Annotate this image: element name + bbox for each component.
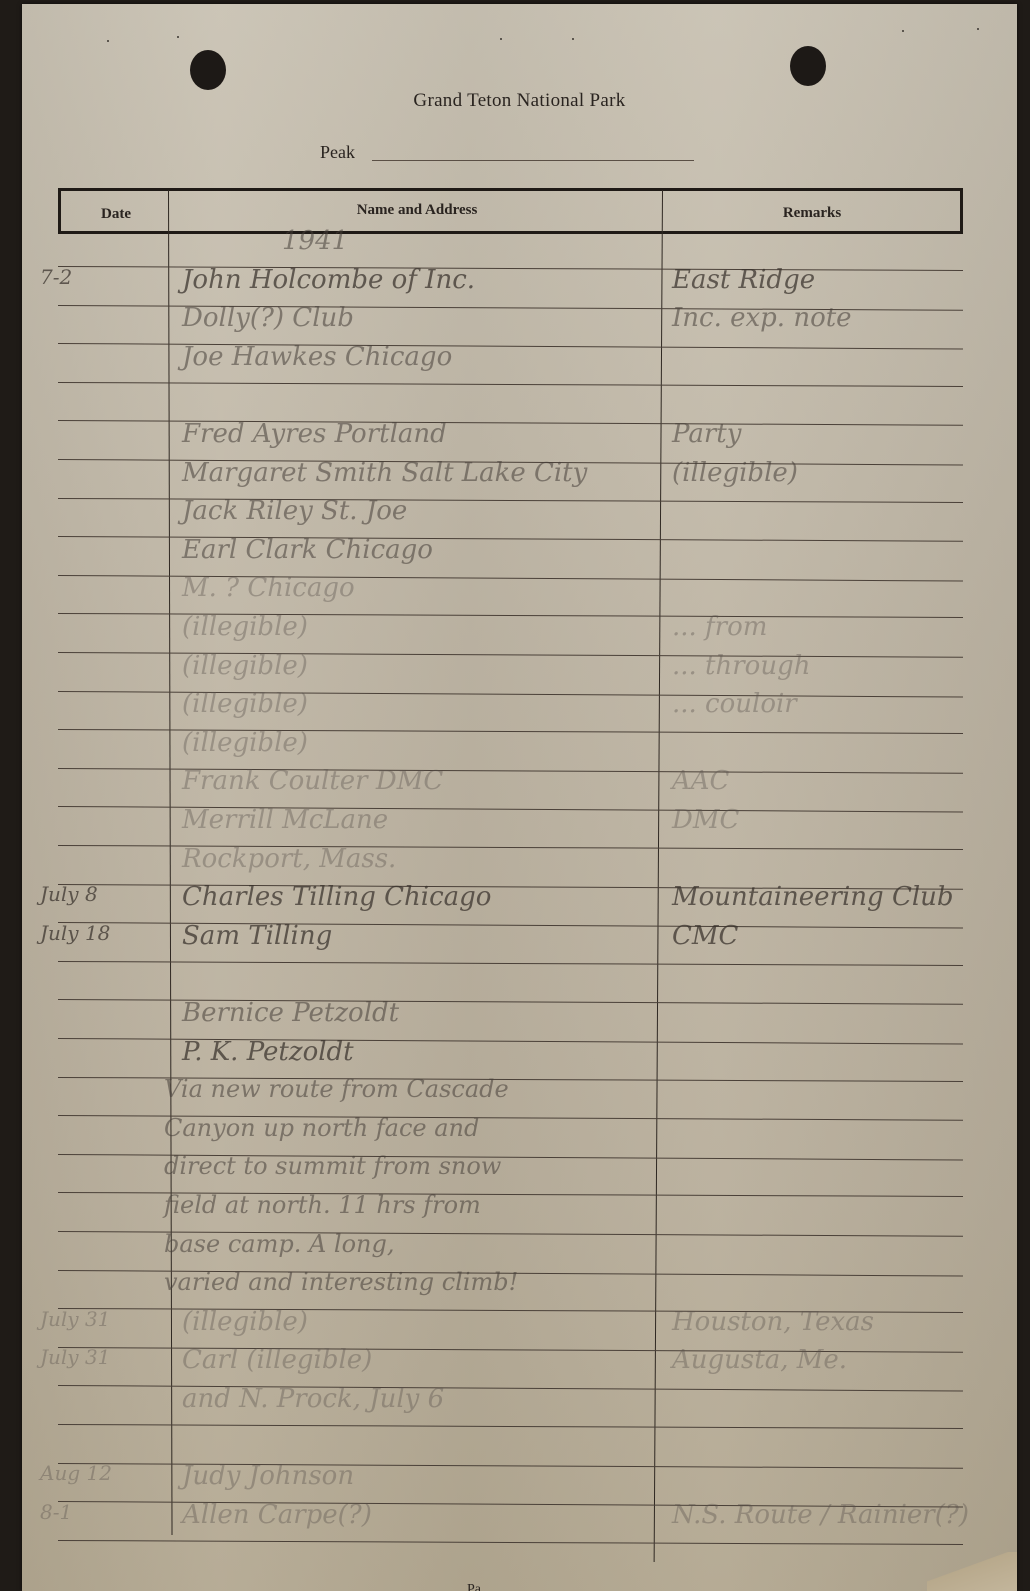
- entry-remarks: Augusta, Me.: [672, 1345, 847, 1375]
- ruled-line: [58, 382, 963, 387]
- entry-name: John Holcombe of Inc.: [182, 265, 475, 295]
- paper-speck: [177, 36, 179, 38]
- entry-date: 7-2: [40, 265, 72, 289]
- entry-name: Charles Tilling Chicago: [182, 882, 491, 912]
- entry-name: Rockport, Mass.: [182, 844, 396, 874]
- entry-name: Fred Ayres Portland: [182, 419, 447, 449]
- entry-remarks: ... from: [672, 612, 767, 642]
- entry-remarks: Houston, Texas: [672, 1307, 874, 1337]
- ruled-line: [58, 1540, 963, 1545]
- entry-name: direct to summit from snow: [164, 1152, 501, 1180]
- paper-speck: [500, 38, 502, 40]
- entry-remarks: Party: [672, 419, 741, 449]
- entry-remarks: AAC: [672, 766, 729, 796]
- entry-name: Via new route from Cascade: [164, 1075, 509, 1103]
- entry-name: (illegible): [182, 728, 308, 758]
- footer-text: Pa...: [467, 1582, 492, 1591]
- entry-date: July 31: [40, 1307, 110, 1331]
- punch-hole-right: [790, 46, 826, 86]
- entry-name: Frank Coulter DMC: [182, 766, 443, 796]
- entry-name: P. K. Petzoldt: [182, 1037, 354, 1067]
- entry-date: Aug 12: [40, 1461, 112, 1485]
- entry-name: Judy Johnson: [182, 1461, 354, 1491]
- entry-name: (illegible): [182, 1307, 308, 1337]
- entry-remarks: Mountaineering Club: [672, 882, 954, 912]
- entry-name: (illegible): [182, 612, 308, 642]
- entry-remarks: N.S. Route / Rainier(?): [672, 1500, 969, 1530]
- paper-speck: [902, 30, 904, 32]
- entry-name: base camp. A long,: [164, 1230, 394, 1258]
- entry-name: Dolly(?) Club: [182, 303, 354, 333]
- column-divider-remarks: [654, 190, 663, 1562]
- column-header-date: Date: [62, 206, 170, 223]
- register-sheet: Grand Teton National Park Peak Date Name…: [22, 4, 1017, 1591]
- torn-corner: [927, 1552, 1017, 1591]
- entry-date: July 31: [40, 1345, 110, 1369]
- entry-name: field at north. 11 hrs from: [164, 1191, 481, 1219]
- entry-name: Sam Tilling: [182, 921, 332, 951]
- entry-name: Margaret Smith Salt Lake City: [182, 458, 587, 488]
- peak-field: [372, 160, 694, 161]
- entry-remarks: ... couloir: [672, 689, 797, 719]
- punch-hole-left: [190, 50, 226, 90]
- entry-name: and N. Prock, July 6: [182, 1384, 444, 1414]
- column-header-remarks: Remarks: [662, 205, 962, 222]
- entry-name: Merrill McLane: [182, 805, 388, 835]
- entry-date: July 18: [40, 921, 110, 945]
- entry-name: Carl (illegible): [182, 1345, 372, 1375]
- entry-name: M. ? Chicago: [182, 573, 355, 603]
- entry-name: 1941: [282, 226, 348, 256]
- entry-date: July 8: [40, 882, 98, 906]
- entry-name: (illegible): [182, 651, 308, 681]
- entry-name: Earl Clark Chicago: [182, 535, 433, 565]
- entry-remarks: DMC: [672, 805, 739, 835]
- entry-name: Joe Hawkes Chicago: [182, 342, 452, 372]
- entry-remarks: Inc. exp. note: [672, 303, 852, 333]
- paper-speck: [572, 38, 574, 40]
- entry-remarks: ... through: [672, 651, 810, 681]
- ruled-line: [58, 961, 963, 966]
- entry-date: 8-1: [40, 1500, 72, 1524]
- column-header-name-address: Name and Address: [172, 202, 662, 219]
- entry-remarks: CMC: [672, 921, 738, 951]
- paper-speck: [977, 28, 979, 30]
- entry-name: Allen Carpe(?): [182, 1500, 372, 1530]
- paper-speck: [107, 40, 109, 42]
- entry-name: Bernice Petzoldt: [182, 998, 399, 1028]
- entry-remarks: East Ridge: [672, 265, 815, 295]
- entry-name: Canyon up north face and: [164, 1114, 479, 1142]
- entry-name: (illegible): [182, 689, 308, 719]
- ruled-line: [58, 1424, 963, 1429]
- form-title: Grand Teton National Park: [22, 90, 1017, 112]
- entry-name: varied and interesting climb!: [164, 1268, 518, 1296]
- peak-label: Peak: [320, 142, 355, 163]
- entry-name: Jack Riley St. Joe: [182, 496, 407, 526]
- column-divider-date: [168, 190, 173, 1535]
- entry-remarks: (illegible): [672, 458, 798, 488]
